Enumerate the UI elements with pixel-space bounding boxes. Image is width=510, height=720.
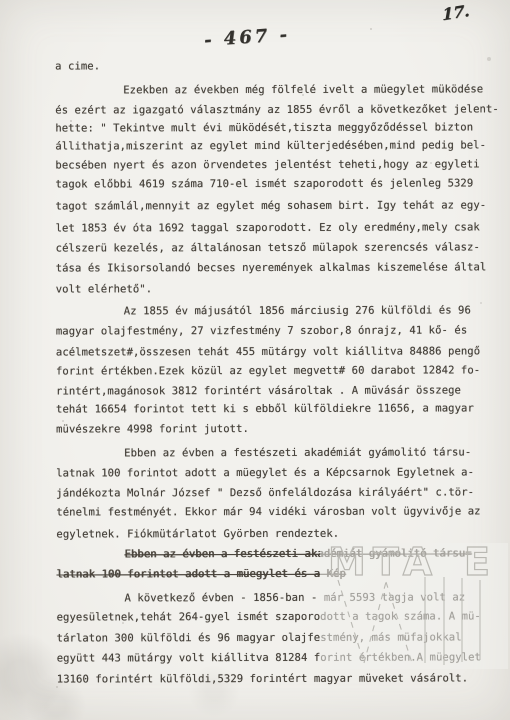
- text-line: a cime.: [55, 60, 100, 72]
- text-line: forint értékben.Ezek közül az egylet meg…: [56, 364, 480, 377]
- text-line: tehát 16654 forintot tett ki s ebből kül…: [56, 402, 474, 415]
- struck-text-line: latnak 100 forintot adott a müegylet és …: [56, 568, 345, 581]
- text-line: let 1853 év óta 1692 taggal szaporodott.…: [56, 221, 480, 234]
- text-line: állithatja,miszerint az egylet mind kült…: [55, 139, 486, 152]
- text-line: együtt 443 mütárgy volt kiállitva 81284 …: [57, 651, 481, 664]
- text-line: latnak 100 forintot adott a müegylet és …: [56, 466, 474, 479]
- text-line: becsében nyert és azon örvendetes jelent…: [55, 158, 479, 171]
- text-line: Ezekben az években még fölfelé ivelt a m…: [123, 83, 483, 96]
- handwritten-corner-index: 17.: [442, 1, 470, 25]
- text-line: tása és Ikisorsolandó becses nyeremények…: [56, 261, 487, 274]
- handwritten-page-number: - 467 -: [203, 24, 290, 51]
- text-line: célszerü kezelés, az általánosan tetsző …: [56, 241, 480, 254]
- text-line: rintért,magánosok 3812 forintért vásárol…: [56, 384, 461, 397]
- text-line: Ebben az évben a festészeti akadémiát gy…: [124, 446, 471, 459]
- text-line: Az 1855 év májusától 1856 márciusig 276 …: [124, 304, 471, 317]
- scanned-document-page: 17. - 467 - a cime. Ezekben az években m…: [0, 0, 510, 720]
- typewritten-text-block: a cime. Ezekben az években még fölfelé i…: [0, 59, 510, 720]
- text-line: jándékozta Molnár József " Dezső önfelál…: [56, 486, 474, 499]
- text-line: 13160 forintért külföldi,5329 forintért …: [57, 672, 468, 685]
- text-line: ténelmi festményét. Ekkor már 94 vidéki …: [56, 505, 480, 518]
- text-line: acélmetszet#,összesen tehát 455 mütárgy …: [56, 345, 480, 358]
- text-line: hette: " Tekintve mult évi müködését,tis…: [55, 121, 473, 134]
- text-line: tagok előbbi 4619 száma 710-el ismét sza…: [55, 177, 473, 190]
- text-line: tagot számlál,mennyit az egylet még soha…: [56, 199, 487, 212]
- text-line: egyesületnek,tehát 264-gyel ismét szapor…: [57, 610, 481, 623]
- text-line: magyar olajfestmény, 27 vizfestmény 7 sz…: [56, 324, 467, 337]
- struck-text-line: Ebben az évben a festészeti akadémiát gy…: [124, 547, 471, 560]
- text-line: tárlaton 300 külföldi és 96 magyar olajf…: [57, 631, 462, 644]
- text-line: egyletnek. Fiókmütárlatot Györben rendez…: [56, 528, 339, 541]
- text-line: müvészekre 4998 forint jutott.: [56, 423, 249, 436]
- text-line: volt elérhető".: [56, 283, 152, 295]
- text-line: A következő évben - 1856-ban - már 5593 …: [125, 591, 466, 604]
- text-line: és ezért az igazgató választmány az 1855…: [55, 103, 499, 116]
